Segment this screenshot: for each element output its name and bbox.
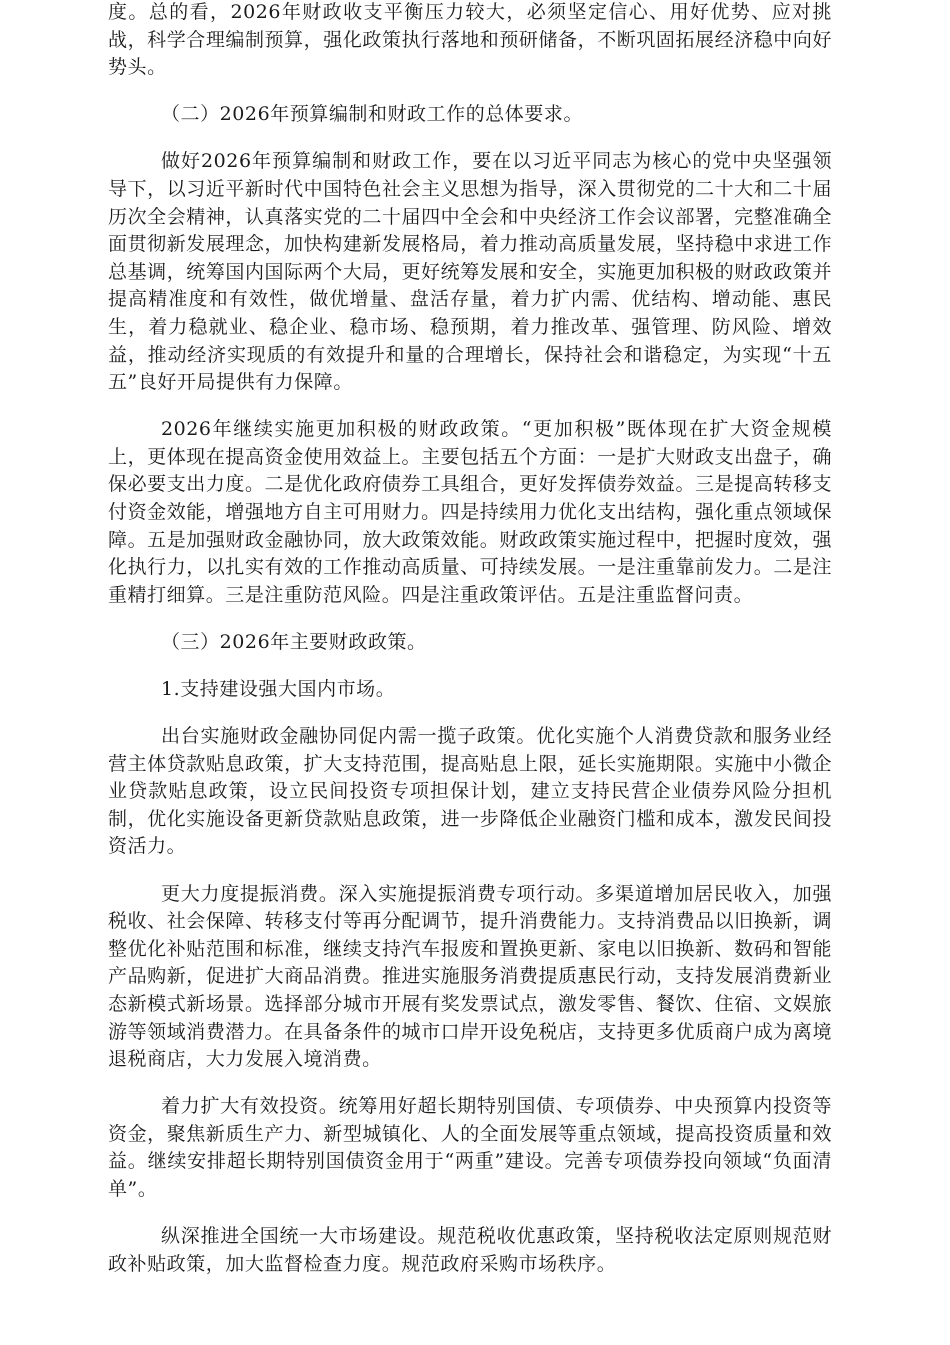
subsection-heading-domestic-market: 1.支持建设强大国内市场。 <box>108 676 832 704</box>
paragraph-unified-national-market: 纵深推进全国统一大市场建设。规范税收优惠政策，坚持税收法定原则规范财政补贴政策，… <box>108 1223 832 1278</box>
section-heading-2026-main-fiscal-policies: （三）2026年主要财政政策。 <box>108 629 832 657</box>
paragraph-fiscal-outlook-conclusion: 度。总的看，2026年财政收支平衡压力较大，必须坚定信心、用好优势、应对挑战，科… <box>108 0 832 82</box>
paragraph-expand-effective-investment: 着力扩大有效投资。统筹用好超长期特别国债、专项债券、中央预算内投资等资金，聚焦新… <box>108 1093 832 1203</box>
section-heading-2026-general-requirements: （二）2026年预算编制和财政工作的总体要求。 <box>108 101 832 129</box>
document-page: 度。总的看，2026年财政收支平衡压力较大，必须坚定信心、用好优势、应对挑战，科… <box>108 0 832 1298</box>
paragraph-general-requirements: 做好2026年预算编制和财政工作，要在以习近平同志为核心的党中央坚强领导下，以习… <box>108 148 832 396</box>
paragraph-fiscal-financial-coordination: 出台实施财政金融协同促内需一揽子政策。优化实施个人消费贷款和服务业经营主体贷款贴… <box>108 723 832 861</box>
paragraph-boost-consumption: 更大力度提振消费。深入实施提振消费专项行动。多渠道增加居民收入，加强税收、社会保… <box>108 881 832 1074</box>
paragraph-more-proactive-fiscal-policy: 2026年继续实施更加积极的财政政策。“更加积极”既体现在扩大资金规模上，更体现… <box>108 416 832 609</box>
